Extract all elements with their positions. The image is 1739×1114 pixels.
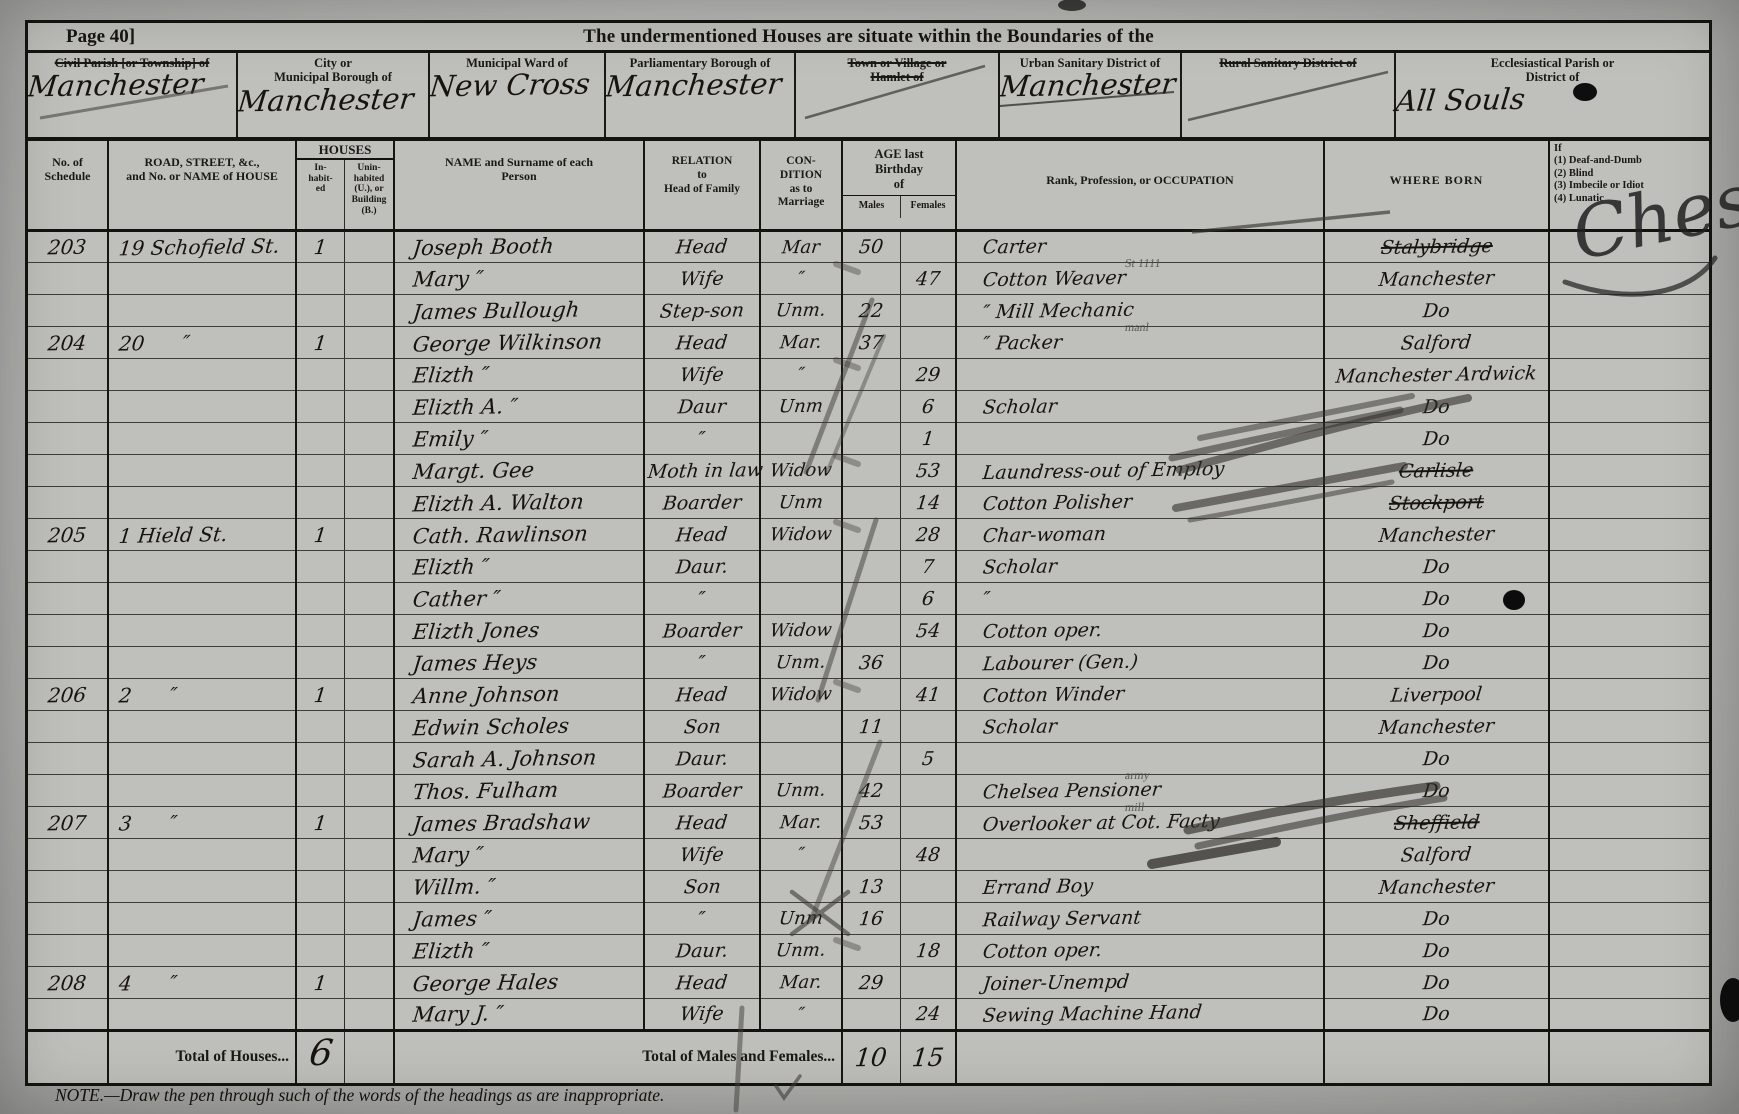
- age-female: 28: [914, 523, 941, 545]
- inhabited-cell: 1: [296, 967, 344, 999]
- occupation: ″ Packer: [982, 331, 1063, 354]
- occupation-cell: [956, 839, 1324, 871]
- occupation-cell: Railway Servant: [956, 903, 1324, 935]
- relation-to-head: ″: [697, 651, 706, 673]
- relation-to-head: Daur.: [675, 939, 729, 962]
- age-male: 42: [858, 779, 885, 801]
- occupation-cell: Scholar: [956, 711, 1324, 743]
- birthplace: Do: [1422, 747, 1451, 769]
- table-row: Willm. ″ Son 13 Errand Boy Manchester: [28, 871, 1709, 903]
- relation-cell: Daur.: [644, 551, 760, 583]
- age-female-cell: 7: [900, 551, 956, 583]
- infirmity-cell: [1549, 295, 1709, 327]
- name-cell: Elizth ″: [394, 935, 644, 967]
- age-male: 11: [858, 715, 885, 737]
- occupation: Cotton Weaver: [982, 266, 1127, 290]
- birthplace: Stockport: [1388, 491, 1485, 515]
- schedule-cell: 203: [28, 231, 108, 263]
- relation-cell: Boarder: [644, 615, 760, 647]
- schedule-cell: [28, 263, 108, 295]
- occupation: Labourer (Gen.): [982, 650, 1139, 675]
- person-name: Elizth ″: [412, 938, 491, 963]
- footnote: NOTE.—Draw the pen through such of the w…: [55, 1085, 664, 1106]
- birthplace-cell: Manchester: [1324, 263, 1549, 295]
- infirmity-cell: [1549, 647, 1709, 679]
- infirmity-cell: [1549, 327, 1709, 359]
- person-name: George Wilkinson: [412, 329, 604, 356]
- table-row: James Heys ″ Unm. 36 Labourer (Gen.) Do: [28, 647, 1709, 679]
- age-female-cell: [900, 231, 956, 263]
- relation-to-head: Daur.: [675, 747, 729, 770]
- census-scan-page: Page 40] The undermentioned Houses are s…: [0, 0, 1739, 1114]
- district-value: Manchester: [998, 69, 1177, 102]
- infirmity-cell: [1549, 775, 1709, 807]
- total-males: 10: [854, 1042, 889, 1072]
- person-name: Joseph Booth: [412, 234, 555, 260]
- relation-to-head: Daur: [677, 395, 727, 418]
- age-male-cell: 16: [842, 903, 900, 935]
- age-male: 16: [858, 907, 885, 929]
- occupation-cell: millOverlooker at Cot. Facty: [956, 807, 1324, 839]
- age-male-cell: [842, 935, 900, 967]
- age-male-cell: 22: [842, 295, 900, 327]
- inhabited-cell: 1: [296, 327, 344, 359]
- relation-cell: Son: [644, 871, 760, 903]
- marital-condition: Unm.: [775, 780, 827, 802]
- address-cell: [108, 583, 296, 615]
- age-male-cell: 53: [842, 807, 900, 839]
- age-female: 53: [914, 459, 941, 481]
- column-headers: No. of Schedule ROAD, STREET, &c., and N…: [28, 141, 1709, 231]
- total-houses-value: 6: [306, 1033, 335, 1074]
- occupation: Cotton oper.: [982, 618, 1103, 642]
- age-male-cell: [842, 263, 900, 295]
- relation-cell: ″: [644, 647, 760, 679]
- age-female: 5: [921, 747, 935, 769]
- condition-cell: Mar.: [760, 807, 842, 839]
- table-row: Mary ″ Wife ″ 47 St 1111Cotton Weaver Ma…: [28, 263, 1709, 295]
- birthplace-cell: Do: [1324, 423, 1549, 455]
- age-female: 14: [914, 491, 941, 513]
- age-female: 6: [921, 587, 935, 609]
- marital-condition: ″: [797, 844, 806, 865]
- relation-to-head: Head: [675, 523, 729, 546]
- address-cell: 19 Schofield St.: [108, 231, 296, 263]
- relation-cell: Moth in law: [644, 455, 760, 487]
- marital-condition: Mar.: [779, 972, 823, 994]
- occupation: ″: [982, 587, 991, 609]
- name-cell: Mary J. ″: [394, 999, 644, 1031]
- condition-cell: [760, 711, 842, 743]
- birthplace: Salford: [1400, 331, 1473, 354]
- name-cell: Margt. Gee: [394, 455, 644, 487]
- relation-cell: Head: [644, 327, 760, 359]
- occupation-cell: Sewing Machine Hand: [956, 999, 1324, 1031]
- birthplace: Do: [1422, 299, 1451, 321]
- condition-cell: [760, 871, 842, 903]
- birthplace: Manchester: [1378, 714, 1495, 738]
- birthplace-cell: Do: [1324, 583, 1549, 615]
- relation-cell: Head: [644, 679, 760, 711]
- marital-condition: Widow: [769, 683, 833, 705]
- occupation: Sewing Machine Hand: [982, 1001, 1203, 1027]
- marital-condition: Mar.: [779, 812, 823, 834]
- uninhabited-cell: [344, 583, 394, 615]
- infirmity-cell: [1549, 935, 1709, 967]
- age-female-cell: [900, 807, 956, 839]
- relation-cell: Daur.: [644, 935, 760, 967]
- address: 2 ″: [118, 682, 179, 707]
- header-infirmity: If (1) Deaf-and-Dumb (2) Blind (3) Imbec…: [1549, 141, 1709, 231]
- uninhabited-cell: [344, 647, 394, 679]
- age-male: 53: [858, 811, 885, 833]
- birthplace: Do: [1422, 971, 1451, 993]
- age-male: 29: [858, 971, 885, 993]
- age-male-cell: 50: [842, 231, 900, 263]
- birthplace: Do: [1422, 907, 1451, 929]
- infirmity-cell: [1549, 871, 1709, 903]
- address-cell: [108, 935, 296, 967]
- age-female-cell: [900, 871, 956, 903]
- infirmity-cell: [1549, 807, 1709, 839]
- birthplace-cell: Do: [1324, 967, 1549, 999]
- birthplace-cell: Sheffield: [1324, 807, 1549, 839]
- relation-cell: Head: [644, 807, 760, 839]
- district-civil-parish: Civil Parish [or Township] of Manchester: [28, 53, 236, 137]
- age-male: 22: [858, 299, 885, 321]
- birthplace: Carlisle: [1398, 459, 1475, 482]
- occupation-cell: [956, 423, 1324, 455]
- schedule-number: 205: [47, 522, 88, 547]
- occupation: Carter: [982, 235, 1047, 258]
- district-value: Manchester: [236, 83, 415, 116]
- occupation-cell: St 1111Cotton Weaver: [956, 263, 1324, 295]
- relation-cell: Wife: [644, 263, 760, 295]
- address: 3 ″: [118, 810, 179, 835]
- infirmity-cell: [1549, 583, 1709, 615]
- age-male-cell: [842, 743, 900, 775]
- age-female: 7: [921, 555, 935, 577]
- uninhabited-cell: [344, 519, 394, 551]
- infirmity-cell: [1549, 615, 1709, 647]
- schedule-cell: [28, 775, 108, 807]
- schedule-cell: [28, 839, 108, 871]
- age-male: 50: [858, 236, 885, 258]
- relation-cell: Wife: [644, 999, 760, 1031]
- uninhabited-cell: [344, 775, 394, 807]
- marital-condition: Widow: [769, 459, 833, 481]
- uninhabited-cell: [344, 423, 394, 455]
- relation-to-head: Head: [675, 811, 729, 834]
- relation-cell: Daur: [644, 391, 760, 423]
- relation-cell: Step-son: [644, 295, 760, 327]
- schedule-cell: [28, 359, 108, 391]
- birthplace-cell: Do: [1324, 391, 1549, 423]
- uninhabited-cell: [344, 711, 394, 743]
- age-male-cell: 13: [842, 871, 900, 903]
- age-female-cell: [900, 775, 956, 807]
- age-male-cell: [842, 583, 900, 615]
- relation-cell: ″: [644, 423, 760, 455]
- header-condition: CON- DITION as to Marriage: [760, 141, 842, 231]
- marital-condition: Unm.: [775, 652, 827, 674]
- header-inhabited: In- habit- ed: [297, 160, 344, 229]
- age-male-cell: [842, 423, 900, 455]
- inhabited-cell: [296, 711, 344, 743]
- uninhabited-cell: [344, 295, 394, 327]
- schedule-cell: 207: [28, 807, 108, 839]
- person-name: Anne Johnson: [412, 681, 561, 708]
- header-age-group: AGE last Birthday of Males Females: [842, 141, 956, 231]
- relation-to-head: Wife: [679, 267, 725, 290]
- address-cell: [108, 455, 296, 487]
- relation-to-head: Head: [675, 971, 729, 994]
- name-cell: Sarah A. Johnson: [394, 743, 644, 775]
- occupation-cell: Cotton oper.: [956, 615, 1324, 647]
- ink-blot: [1720, 978, 1739, 1022]
- inhabited-mark: 1: [313, 970, 328, 994]
- age-female-cell: [900, 295, 956, 327]
- inhabited-cell: [296, 295, 344, 327]
- name-cell: Willm. ″: [394, 871, 644, 903]
- schedule-cell: 208: [28, 967, 108, 999]
- condition-cell: ″: [760, 263, 842, 295]
- infirmity-cell: [1549, 391, 1709, 423]
- person-name: James Bradshaw: [412, 809, 592, 836]
- age-female: 1: [921, 427, 935, 449]
- condition-cell: Widow: [760, 455, 842, 487]
- inhabited-cell: [296, 775, 344, 807]
- infirmity-cell: [1549, 839, 1709, 871]
- occupation: Scholar: [982, 395, 1058, 418]
- age-female-cell: 24: [900, 999, 956, 1031]
- uninhabited-cell: [344, 903, 394, 935]
- address-cell: [108, 999, 296, 1031]
- occupation: Scholar: [982, 715, 1058, 738]
- occupation: Joiner-Unempd: [982, 970, 1131, 995]
- address: 1 Hield St.: [118, 522, 229, 548]
- name-cell: Elizth A. Walton: [394, 487, 644, 519]
- age-male: 13: [858, 875, 885, 897]
- marital-condition: Widow: [769, 619, 833, 641]
- relation-cell: Son: [644, 711, 760, 743]
- table-row: James Bullough Step-son Unm. 22 ″ Mill M…: [28, 295, 1709, 327]
- address: 20 ″: [118, 330, 192, 355]
- total-houses-label: Total of Houses...: [108, 1031, 296, 1083]
- table-row: 208 4 ″ 1 George Hales Head Mar. 29 Join…: [28, 967, 1709, 999]
- condition-cell: ″: [760, 359, 842, 391]
- relation-to-head: Step-son: [659, 299, 745, 322]
- schedule-cell: [28, 487, 108, 519]
- birthplace: Manchester: [1378, 266, 1495, 290]
- pencil-note: St 1111: [1124, 256, 1162, 271]
- address-cell: 4 ″: [108, 967, 296, 999]
- district-value: Manchester: [604, 69, 783, 102]
- occupation: Cotton Polisher: [982, 490, 1134, 515]
- age-male-cell: [842, 519, 900, 551]
- infirmity-cell: [1549, 487, 1709, 519]
- occupation-cell: manl″ Packer: [956, 327, 1324, 359]
- relation-cell: Head: [644, 967, 760, 999]
- schedule-cell: [28, 903, 108, 935]
- name-cell: Thos. Fulham: [394, 775, 644, 807]
- total-houses-value-cell: 6: [296, 1031, 344, 1083]
- header-males: Males: [843, 196, 900, 218]
- uninhabited-cell: [344, 871, 394, 903]
- schedule-number: 203: [47, 235, 88, 260]
- uninhabited-cell: [344, 263, 394, 295]
- relation-to-head: Boarder: [662, 491, 743, 514]
- condition-cell: Unm.: [760, 935, 842, 967]
- header-females: Females: [900, 196, 955, 218]
- relation-cell: Boarder: [644, 487, 760, 519]
- person-name: Elizth ″: [412, 554, 491, 579]
- age-male-cell: 42: [842, 775, 900, 807]
- birthplace-cell: Do: [1324, 615, 1549, 647]
- occupation: Cotton oper.: [982, 938, 1103, 962]
- person-name: Mary ″: [412, 266, 485, 291]
- uninhabited-cell: [344, 839, 394, 871]
- birthplace-cell: Do: [1324, 743, 1549, 775]
- condition-cell: [760, 551, 842, 583]
- age-female: 18: [914, 939, 941, 961]
- total-females: 15: [910, 1042, 945, 1072]
- person-name: Cath. Rawlinson: [412, 521, 589, 548]
- district-value: New Cross: [428, 69, 591, 102]
- inhabited-cell: [296, 743, 344, 775]
- address-cell: [108, 359, 296, 391]
- infirmity-cell: [1549, 231, 1709, 263]
- age-female-cell: [900, 967, 956, 999]
- inhabited-cell: [296, 359, 344, 391]
- birthplace: Do: [1422, 395, 1451, 417]
- relation-to-head: Head: [675, 331, 729, 354]
- uninhabited-cell: [344, 807, 394, 839]
- relation-cell: ″: [644, 583, 760, 615]
- marital-condition: Unm.: [775, 940, 827, 962]
- person-name: James Bullough: [412, 297, 581, 324]
- relation-to-head: ″: [697, 587, 706, 609]
- address-cell: 3 ″: [108, 807, 296, 839]
- schedule-cell: [28, 935, 108, 967]
- condition-cell: ″: [760, 999, 842, 1031]
- table-row: Elizth A. ″ Daur Unm 6 Scholar Do: [28, 391, 1709, 423]
- inhabited-mark: 1: [313, 235, 328, 259]
- birthplace: Manchester Ardwick: [1335, 362, 1538, 387]
- occupation: Railway Servant: [982, 906, 1143, 931]
- relation-to-head: Wife: [679, 363, 725, 386]
- age-male-cell: [842, 999, 900, 1031]
- uninhabited-cell: [344, 679, 394, 711]
- totals-section: Total of Houses... 6 Total of Males and …: [28, 1031, 1709, 1083]
- uninhabited-cell: [344, 743, 394, 775]
- table-row: Sarah A. Johnson Daur. 5 Do: [28, 743, 1709, 775]
- name-cell: Joseph Booth: [394, 231, 644, 263]
- age-female: 24: [914, 1003, 941, 1025]
- inhabited-cell: [296, 391, 344, 423]
- uninhabited-cell: [344, 391, 394, 423]
- inhabited-cell: [296, 871, 344, 903]
- condition-cell: Mar.: [760, 327, 842, 359]
- relation-to-head: ″: [697, 907, 706, 929]
- name-cell: Cath. Rawlinson: [394, 519, 644, 551]
- address-cell: [108, 743, 296, 775]
- birthplace-cell: Salford: [1324, 839, 1549, 871]
- age-female-cell: 29: [900, 359, 956, 391]
- age-male-cell: 11: [842, 711, 900, 743]
- marital-condition: Unm: [778, 396, 824, 418]
- form-frame: Page 40] The undermentioned Houses are s…: [25, 20, 1712, 1086]
- age-male-cell: 29: [842, 967, 900, 999]
- header-houses-group: HOUSES In- habit- ed Unin- habited (U.),…: [296, 141, 394, 231]
- condition-cell: Unm: [760, 391, 842, 423]
- age-male-cell: [842, 455, 900, 487]
- relation-to-head: Son: [682, 875, 721, 898]
- name-cell: Elizth ″: [394, 551, 644, 583]
- schedule-number: 208: [47, 970, 88, 995]
- birthplace-cell: Do: [1324, 935, 1549, 967]
- inhabited-cell: [296, 935, 344, 967]
- age-male-cell: [842, 487, 900, 519]
- table-row: 207 3 ″ 1 James Bradshaw Head Mar. 53 mi…: [28, 807, 1709, 839]
- infirmity-cell: [1549, 903, 1709, 935]
- person-name: Sarah A. Johnson: [412, 745, 598, 772]
- age-female: 48: [914, 843, 941, 865]
- marital-condition: ″: [797, 364, 806, 385]
- header-schedule: No. of Schedule: [28, 141, 108, 231]
- occupation: Scholar: [982, 555, 1058, 578]
- condition-cell: [760, 423, 842, 455]
- name-cell: Cather ″: [394, 583, 644, 615]
- uninhabited-cell: [344, 359, 394, 391]
- header-relation: RELATION to Head of Family: [644, 141, 760, 231]
- table-row: Elizth ″ Wife ″ 29 Manchester Ardwick: [28, 359, 1709, 391]
- occupation-cell: Labourer (Gen.): [956, 647, 1324, 679]
- age-female: 54: [914, 619, 941, 641]
- relation-cell: ″: [644, 903, 760, 935]
- inhabited-cell: [296, 615, 344, 647]
- infirmity-cell: [1549, 359, 1709, 391]
- age-female: 47: [914, 267, 941, 289]
- relation-to-head: Wife: [679, 843, 725, 866]
- schedule-cell: 205: [28, 519, 108, 551]
- person-name: Mary J. ″: [412, 1001, 505, 1027]
- age-female-cell: 6: [900, 391, 956, 423]
- birthplace-cell: Do: [1324, 551, 1549, 583]
- inhabited-cell: [296, 551, 344, 583]
- schedule-cell: 206: [28, 679, 108, 711]
- birthplace: Manchester: [1378, 874, 1495, 898]
- inhabited-cell: [296, 263, 344, 295]
- address: 4 ″: [118, 970, 179, 995]
- table-row: Mary ″ Wife ″ 48 Salford: [28, 839, 1709, 871]
- birthplace: Do: [1422, 939, 1451, 961]
- schedule-cell: [28, 615, 108, 647]
- inhabited-cell: [296, 999, 344, 1031]
- schedule-cell: [28, 647, 108, 679]
- birthplace: Salford: [1400, 843, 1473, 866]
- relation-cell: Daur.: [644, 743, 760, 775]
- header-born: WHERE BORN: [1324, 141, 1549, 231]
- age-female-cell: 18: [900, 935, 956, 967]
- name-cell: Elizth ″: [394, 359, 644, 391]
- occupation: Errand Boy: [982, 875, 1094, 899]
- age-male-cell: 36: [842, 647, 900, 679]
- address-cell: [108, 647, 296, 679]
- address-cell: [108, 903, 296, 935]
- table-row: Elizth Jones Boarder Widow 54 Cotton ope…: [28, 615, 1709, 647]
- marital-condition: Mar: [781, 236, 821, 258]
